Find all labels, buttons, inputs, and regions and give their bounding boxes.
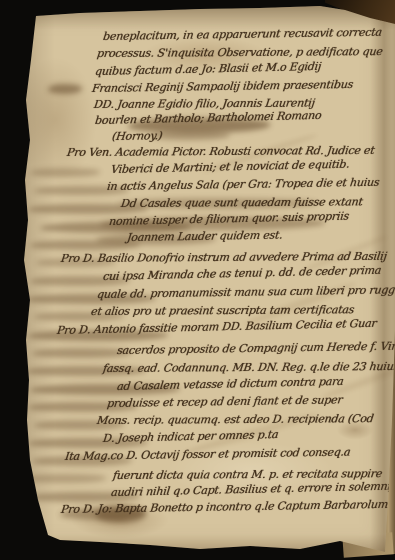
handwriting-line: Dd Casales quae sunt quaedam fuisse exta… [120, 195, 363, 210]
handwriting-line: Viberici de Martini; et le noviciat de e… [110, 158, 350, 176]
handwriting-line: ad Casalem vetasse id dictum contra para [116, 375, 344, 393]
handwriting-line: beneplacitum, in ea apparuerunt recusavi… [102, 26, 382, 43]
handwriting-line: Mons. recip. quacumq. est adeo D. recipi… [96, 412, 374, 427]
handwriting-line: sacerdos proposito de Compagnij cum Here… [116, 339, 395, 357]
handwriting-line: quibus factum d.ae Jo: Blasii et M.o Egi… [94, 60, 322, 78]
handwriting-line: et alios pro ut praesint suscripta tam c… [90, 303, 355, 318]
handwriting-line: quale dd. promanumissit manu sua cum lib… [96, 283, 395, 301]
handwriting-line: Pro D. Basilio Donofrio instrum ad avved… [60, 250, 387, 265]
handwriting-line: fassq. ead. Codannunq. MB. DN. Reg. q.le… [102, 360, 395, 375]
handwriting-line: Francisci Reginij Sampaolij ibidem praes… [91, 78, 354, 95]
handwriting-line: cui ipsa Miranda che as tenui p. dd. de … [102, 264, 382, 283]
manuscript-page: beneplacitum, in ea apparuerunt recusavi… [0, 0, 395, 560]
handwriting-line: Joannem Lauder quidem est. [126, 229, 283, 244]
handwriting-line: D. Joseph indicat per omnes p.ta [102, 428, 279, 445]
handwriting-line: audiri nihil q.o Capt. Basilius et q. er… [110, 480, 394, 499]
ink-smudge [48, 84, 82, 94]
handwriting-line: in actis Angelus Sala (per Gra: Tropea d… [106, 176, 380, 193]
handwriting-line: processus. S'inquisita Observatione, p a… [96, 45, 383, 60]
handwriting-line: Pro Ven. Academia Pictor. Robusti convoc… [66, 144, 375, 159]
handwriting-line: produisse et recep ad deni fiant et de s… [106, 393, 343, 410]
handwriting-line: (Hornoy.) [111, 129, 163, 143]
handwriting-line: Ita Mag.co D. Octavij fossor et promisit… [64, 446, 351, 464]
manuscript-photo: beneplacitum, in ea apparuerunt recusavi… [0, 0, 395, 560]
handwriting-line: bourlen et Bartholo; Bartholomei Romano [94, 109, 322, 127]
ink-smudge [30, 168, 100, 177]
ink-smudge [30, 240, 140, 250]
ink-smudge [26, 474, 106, 483]
